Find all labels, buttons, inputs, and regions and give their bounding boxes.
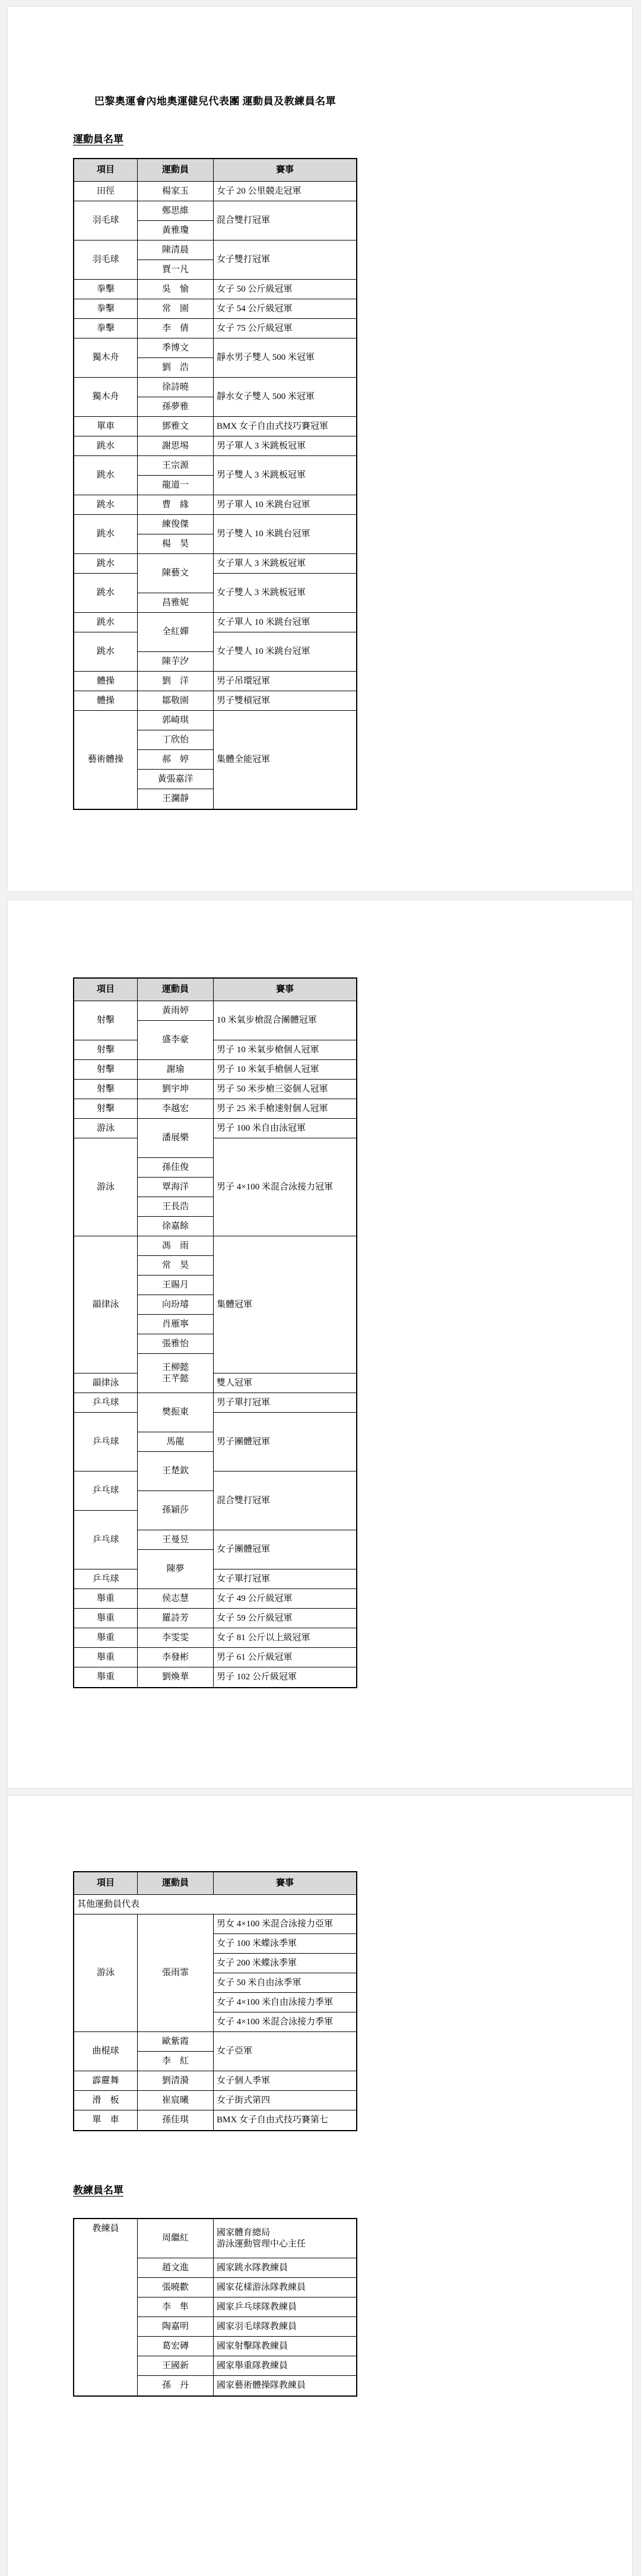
event-cell: 女子 20 公里競走冠軍 [214, 182, 356, 201]
page-3-content: 項目運動員賽事其他運動員代表游泳張雨霏男女 4×100 米混合泳接力亞軍女子 1… [73, 1796, 358, 2397]
event-cell: 男子單人 10 米跳台冠軍 [214, 495, 356, 515]
athlete-name-cell: 李雯雯 [138, 1628, 214, 1648]
athletes-table-page-3: 項目運動員賽事其他運動員代表游泳張雨霏男女 4×100 米混合泳接力亞軍女子 1… [73, 1871, 357, 2131]
column-header-cell: 運動員 [138, 979, 214, 1001]
athlete-name-cell: 王瀾靜 [138, 789, 214, 809]
event-cell: 男子 10 米氣步槍個人冠軍 [214, 1040, 356, 1060]
column-header-cell: 運動員 [138, 1872, 214, 1895]
athlete-name-cell: 劉清漪 [138, 2071, 214, 2091]
athlete-name-cell: 陳夢 [138, 1550, 214, 1589]
document-title: 巴黎奧運會內地奧運健兒代表團 運動員及教練員名單 [73, 93, 357, 110]
sport-cell: 射擊 [74, 1060, 138, 1080]
event-cell: 女子團體冠軍 [214, 1530, 356, 1569]
event-cell: 女子 59 公斤級冠軍 [214, 1609, 356, 1628]
sport-cell: 跳水 [74, 554, 138, 574]
sport-cell: 獨木舟 [74, 378, 138, 417]
sport-cell: 射擊 [74, 1099, 138, 1119]
athlete-name-cell: 鄒敬園 [138, 691, 214, 711]
event-cell: 男子雙人 3 米跳板冠軍 [214, 456, 356, 495]
athlete-name-cell: 李越宏 [138, 1099, 214, 1119]
sport-cell: 舉重 [74, 1609, 138, 1628]
sport-cell: 曲棍球 [74, 2032, 138, 2071]
event-cell: 女子單人 10 米跳台冠軍 [214, 613, 356, 632]
event-cell: 女子 81 公斤以上級冠軍 [214, 1628, 356, 1648]
event-cell: 男子 10 米氣手槍個人冠軍 [214, 1060, 356, 1080]
sport-cell: 射擊 [74, 1080, 138, 1099]
sport-cell: 拳擊 [74, 319, 138, 338]
sport-cell: 射擊 [74, 1040, 138, 1060]
event-cell: 女子亞軍 [214, 2032, 356, 2071]
event-cell: 女子 54 公斤級冠軍 [214, 299, 356, 319]
athlete-name-cell: 黃雨婷 [138, 1001, 214, 1021]
sport-cell: 乒乓球 [74, 1393, 138, 1413]
athlete-name-cell: 孫佳琪 [138, 2110, 214, 2130]
athlete-name-cell: 孫 丹 [138, 2376, 214, 2395]
event-cell: 集體全能冠軍 [214, 711, 356, 809]
event-cell: 女子 4×100 米混合泳接力季軍 [214, 2012, 356, 2032]
athlete-name-cell: 丁欣怡 [138, 730, 214, 750]
sport-cell: 滑 板 [74, 2091, 138, 2110]
athlete-name-cell: 馬龍 [138, 1432, 214, 1452]
athlete-name-cell: 季博文 [138, 338, 214, 358]
event-cell: 集體冠軍 [214, 1236, 356, 1374]
event-cell: BMX 女子自由式技巧賽冠軍 [214, 417, 356, 436]
sport-cell: 體操 [74, 691, 138, 711]
sport-cell: 霹靂舞 [74, 2071, 138, 2091]
event-cell: 女子單打冠軍 [214, 1569, 356, 1589]
sport-cell: 跳水 [74, 436, 138, 456]
event-cell: 女子個人季軍 [214, 2071, 356, 2091]
event-cell: 女子雙人 3 米跳板冠軍 [214, 574, 356, 613]
event-cell: 男子吊環冠軍 [214, 672, 356, 691]
athlete-name-cell: 陳清晨 [138, 240, 214, 260]
page-1-content: 巴黎奧運會內地奧運健兒代表團 運動員及教練員名單 運動員名單 項目運動員賽事田徑… [73, 7, 358, 810]
athlete-name-cell: 王曼昱 [138, 1530, 214, 1550]
athlete-name-cell: 潘展樂 [138, 1119, 214, 1158]
sport-cell: 跳水 [74, 495, 138, 515]
coach-title-cell: 國家花樣游泳隊教練員 [214, 2278, 356, 2297]
athlete-name-cell: 趙文進 [138, 2258, 214, 2278]
athlete-name-cell: 鄧雅文 [138, 417, 214, 436]
athlete-name-cell: 王柳懿 王芊懿 [138, 1354, 214, 1393]
page-2-content: 項目運動員賽事射擊射擊黃雨婷盛李豪10 米氣步槍混合團體冠軍男子 10 米氣步槍… [73, 900, 358, 1688]
athlete-name-cell: 向玢璿 [138, 1295, 214, 1315]
event-cell: 男子 4×100 米混合泳接力冠軍 [214, 1138, 356, 1236]
event-cell: 10 米氣步槍混合團體冠軍 [214, 1001, 356, 1040]
event-cell: 男子 61 公斤級冠軍 [214, 1648, 356, 1667]
athlete-name-cell: 鄭思維 [138, 201, 214, 221]
athlete-name-cell: 王長浩 [138, 1197, 214, 1217]
event-cell: 女子 200 米蝶泳季軍 [214, 1954, 356, 1973]
athlete-name-cell: 李 紅 [138, 2052, 214, 2071]
athlete-name-cell: 陳藝文 [138, 554, 214, 593]
event-cell: BMX 女子自由式技巧賽第七 [214, 2110, 356, 2130]
sport-cell: 乒乓球 [74, 1413, 138, 1471]
event-cell: 男子單打冠軍 [214, 1393, 356, 1413]
athlete-name-cell: 李 隼 [138, 2297, 214, 2317]
athlete-name-cell: 孫夢雅 [138, 397, 214, 417]
sport-cell: 藝術體操 [74, 711, 138, 809]
athlete-name-cell: 孫穎莎 [138, 1491, 214, 1530]
event-cell: 女子 50 米自由泳季軍 [214, 1973, 356, 1993]
column-header-cell: 運動員 [138, 159, 214, 182]
event-cell: 男子 50 米步槍三姿個人冠軍 [214, 1080, 356, 1099]
athlete-name-cell: 昌雅妮 [138, 593, 214, 613]
athlete-name-cell: 賈一凡 [138, 260, 214, 280]
coaches-table: 教練員周繼紅國家體育總局 游泳運動管理中心主任趙文進國家跳水隊教練員張曉歡國家花… [73, 2218, 357, 2397]
sport-cell: 拳擊 [74, 299, 138, 319]
athlete-name-cell: 徐嘉餘 [138, 1217, 214, 1236]
athlete-name-cell: 肖雁寧 [138, 1315, 214, 1334]
event-cell: 女子 49 公斤級冠軍 [214, 1589, 356, 1609]
sport-cell: 跳水 [74, 632, 138, 672]
event-cell: 女子單人 3 米跳板冠軍 [214, 554, 356, 574]
athlete-name-cell: 劉 洋 [138, 672, 214, 691]
athlete-name-cell: 張雨霏 [138, 1914, 214, 2032]
sport-cell: 獨木舟 [74, 338, 138, 378]
event-cell: 靜水女子雙人 500 米冠軍 [214, 378, 356, 417]
athlete-name-cell: 常 昊 [138, 1256, 214, 1276]
athlete-name-cell: 孫佳俊 [138, 1158, 214, 1178]
sport-cell: 游泳 [74, 1914, 138, 2032]
athlete-name-cell: 覃海洋 [138, 1178, 214, 1197]
event-cell: 女子雙人 10 米跳台冠軍 [214, 632, 356, 672]
coach-title-cell: 國家體育總局 游泳運動管理中心主任 [214, 2219, 356, 2258]
event-cell: 男子 100 米自由泳冠軍 [214, 1119, 356, 1138]
sport-cell: 羽毛球 [74, 201, 138, 240]
sport-cell: 舉重 [74, 1589, 138, 1609]
athlete-name-cell: 黃張嘉洋 [138, 770, 214, 789]
sport-cell: 田徑 [74, 182, 138, 201]
coach-title-cell: 國家射擊隊教練員 [214, 2337, 356, 2356]
sport-cell: 乒乓球 [74, 1471, 138, 1511]
column-header-cell: 項目 [74, 979, 138, 1001]
athlete-name-cell: 龍道一 [138, 476, 214, 495]
athlete-name-cell: 王宗源 [138, 456, 214, 476]
sport-cell: 韻律泳 [74, 1236, 138, 1374]
event-cell: 女子 100 米蝶泳季軍 [214, 1934, 356, 1954]
athlete-name-cell: 謝思埸 [138, 436, 214, 456]
column-header-cell: 項目 [74, 1872, 138, 1895]
sport-cell: 舉重 [74, 1628, 138, 1648]
athlete-name-cell: 劉 浩 [138, 358, 214, 378]
sport-cell: 拳擊 [74, 280, 138, 299]
athlete-name-cell: 練俊傑 [138, 515, 214, 534]
sport-cell: 游泳 [74, 1138, 138, 1236]
athlete-name-cell: 徐詩曉 [138, 378, 214, 397]
athletes-table-page-1: 項目運動員賽事田徑楊家玉女子 20 公里競走冠軍羽毛球鄭思維黃雅瓊混合雙打冠軍羽… [73, 158, 357, 810]
athlete-name-cell: 樊振東 [138, 1393, 214, 1432]
event-cell: 男女 4×100 米混合泳接力亞軍 [214, 1914, 356, 1934]
athlete-name-cell: 陳芋汐 [138, 652, 214, 672]
athletes-table-page-2: 項目運動員賽事射擊射擊黃雨婷盛李豪10 米氣步槍混合團體冠軍男子 10 米氣步槍… [73, 977, 357, 1688]
document-canvas: { "document": { "title": "巴黎奧運會內地奧運健兒代表團… [0, 0, 641, 2576]
event-cell: 雙人冠軍 [214, 1374, 356, 1393]
athlete-name-cell: 羅詩芳 [138, 1609, 214, 1628]
sport-cell: 跳水 [74, 456, 138, 495]
column-header-cell: 賽事 [214, 979, 356, 1001]
section-subtitle-cell: 其他運動員代表 [74, 1895, 356, 1914]
athlete-name-cell: 楊 昊 [138, 534, 214, 554]
athletes-section-heading: 運動員名單 [73, 131, 358, 147]
coach-title-cell: 國家跳水隊教練員 [214, 2258, 356, 2278]
athlete-name-cell: 侯志慧 [138, 1589, 214, 1609]
athlete-name-cell: 陶嘉明 [138, 2317, 214, 2337]
event-cell: 男子雙人 10 米跳台冠軍 [214, 515, 356, 554]
athlete-name-cell: 葛宏磚 [138, 2337, 214, 2356]
sport-cell: 單 車 [74, 2110, 138, 2130]
sport-cell: 體操 [74, 672, 138, 691]
event-cell: 靜水男子雙人 500 米冠軍 [214, 338, 356, 378]
event-cell: 女子 50 公斤級冠軍 [214, 280, 356, 299]
athlete-name-cell: 周繼紅 [138, 2219, 214, 2258]
athlete-name-cell: 楊家玉 [138, 182, 214, 201]
coach-title-cell: 國家藝術體操隊教練員 [214, 2376, 356, 2395]
event-cell: 男子團體冠軍 [214, 1413, 356, 1471]
column-header-cell: 賽事 [214, 1872, 356, 1895]
athlete-name-cell: 張雅怡 [138, 1334, 214, 1354]
page-1: 巴黎奧運會內地奧運健兒代表團 運動員及教練員名單 運動員名單 項目運動員賽事田徑… [7, 6, 633, 892]
sport-cell: 舉重 [74, 1667, 138, 1687]
athlete-name-cell: 劉宇坤 [138, 1080, 214, 1099]
athlete-name-cell: 馮 雨 [138, 1236, 214, 1256]
athlete-name-cell: 王國新 [138, 2356, 214, 2376]
event-cell: 男子 102 公斤級冠軍 [214, 1667, 356, 1687]
athlete-name-cell: 曹 緣 [138, 495, 214, 515]
athlete-name-cell: 全紅嬋 [138, 613, 214, 652]
event-cell: 男子 25 米手槍速射個人冠軍 [214, 1099, 356, 1119]
sport-cell: 射擊 [74, 1001, 138, 1040]
sport-cell: 羽毛球 [74, 240, 138, 280]
athlete-name-cell: 王楚欽 [138, 1452, 214, 1491]
athlete-name-cell: 李 倩 [138, 319, 214, 338]
event-cell: 女子街式第四 [214, 2091, 356, 2110]
athlete-name-cell: 常 園 [138, 299, 214, 319]
event-cell: 混合雙打冠軍 [214, 1471, 356, 1530]
page-3: 項目運動員賽事其他運動員代表游泳張雨霏男女 4×100 米混合泳接力亞軍女子 1… [7, 1795, 633, 2576]
coach-title-cell: 國家羽毛球隊教練員 [214, 2317, 356, 2337]
athlete-name-cell: 吳 愉 [138, 280, 214, 299]
sport-cell: 游泳 [74, 1119, 138, 1138]
sport-cell: 韻律泳 [74, 1374, 138, 1393]
column-header-cell: 項目 [74, 159, 138, 182]
athlete-name-cell: 盛李豪 [138, 1021, 214, 1060]
sport-cell: 乒乓球 [74, 1511, 138, 1569]
athlete-name-cell: 王賜月 [138, 1276, 214, 1295]
sport-cell: 單車 [74, 417, 138, 436]
athlete-name-cell: 劉煥華 [138, 1667, 214, 1687]
athlete-name-cell: 張曉歡 [138, 2278, 214, 2297]
coach-group-cell: 教練員 [74, 2219, 138, 2395]
coach-title-cell: 國家舉重隊教練員 [214, 2356, 356, 2376]
event-cell: 女子 75 公斤級冠軍 [214, 319, 356, 338]
sport-cell: 舉重 [74, 1648, 138, 1667]
event-cell: 女子 4×100 米自由泳接力季軍 [214, 1993, 356, 2012]
column-header-cell: 賽事 [214, 159, 356, 182]
page-2: 項目運動員賽事射擊射擊黃雨婷盛李豪10 米氣步槍混合團體冠軍男子 10 米氣步槍… [7, 900, 633, 1789]
athlete-name-cell: 歐紫霞 [138, 2032, 214, 2052]
athlete-name-cell: 李發彬 [138, 1648, 214, 1667]
sport-cell: 跳水 [74, 574, 138, 613]
athlete-name-cell: 郭崎琪 [138, 711, 214, 730]
sport-cell: 乒乓球 [74, 1569, 138, 1589]
coach-title-cell: 國家乒乓球隊教練員 [214, 2297, 356, 2317]
coaches-section-heading: 教練員名單 [73, 2182, 358, 2198]
athlete-name-cell: 郝 婷 [138, 750, 214, 770]
event-cell: 男子雙槓冠軍 [214, 691, 356, 711]
event-cell: 混合雙打冠軍 [214, 201, 356, 240]
athlete-name-cell: 黃雅瓊 [138, 221, 214, 240]
sport-cell: 跳水 [74, 515, 138, 554]
athlete-name-cell: 崔宸曦 [138, 2091, 214, 2110]
event-cell: 女子雙打冠軍 [214, 240, 356, 280]
event-cell: 男子單人 3 米跳板冠軍 [214, 436, 356, 456]
athlete-name-cell: 謝瑜 [138, 1060, 214, 1080]
sport-cell: 跳水 [74, 613, 138, 632]
